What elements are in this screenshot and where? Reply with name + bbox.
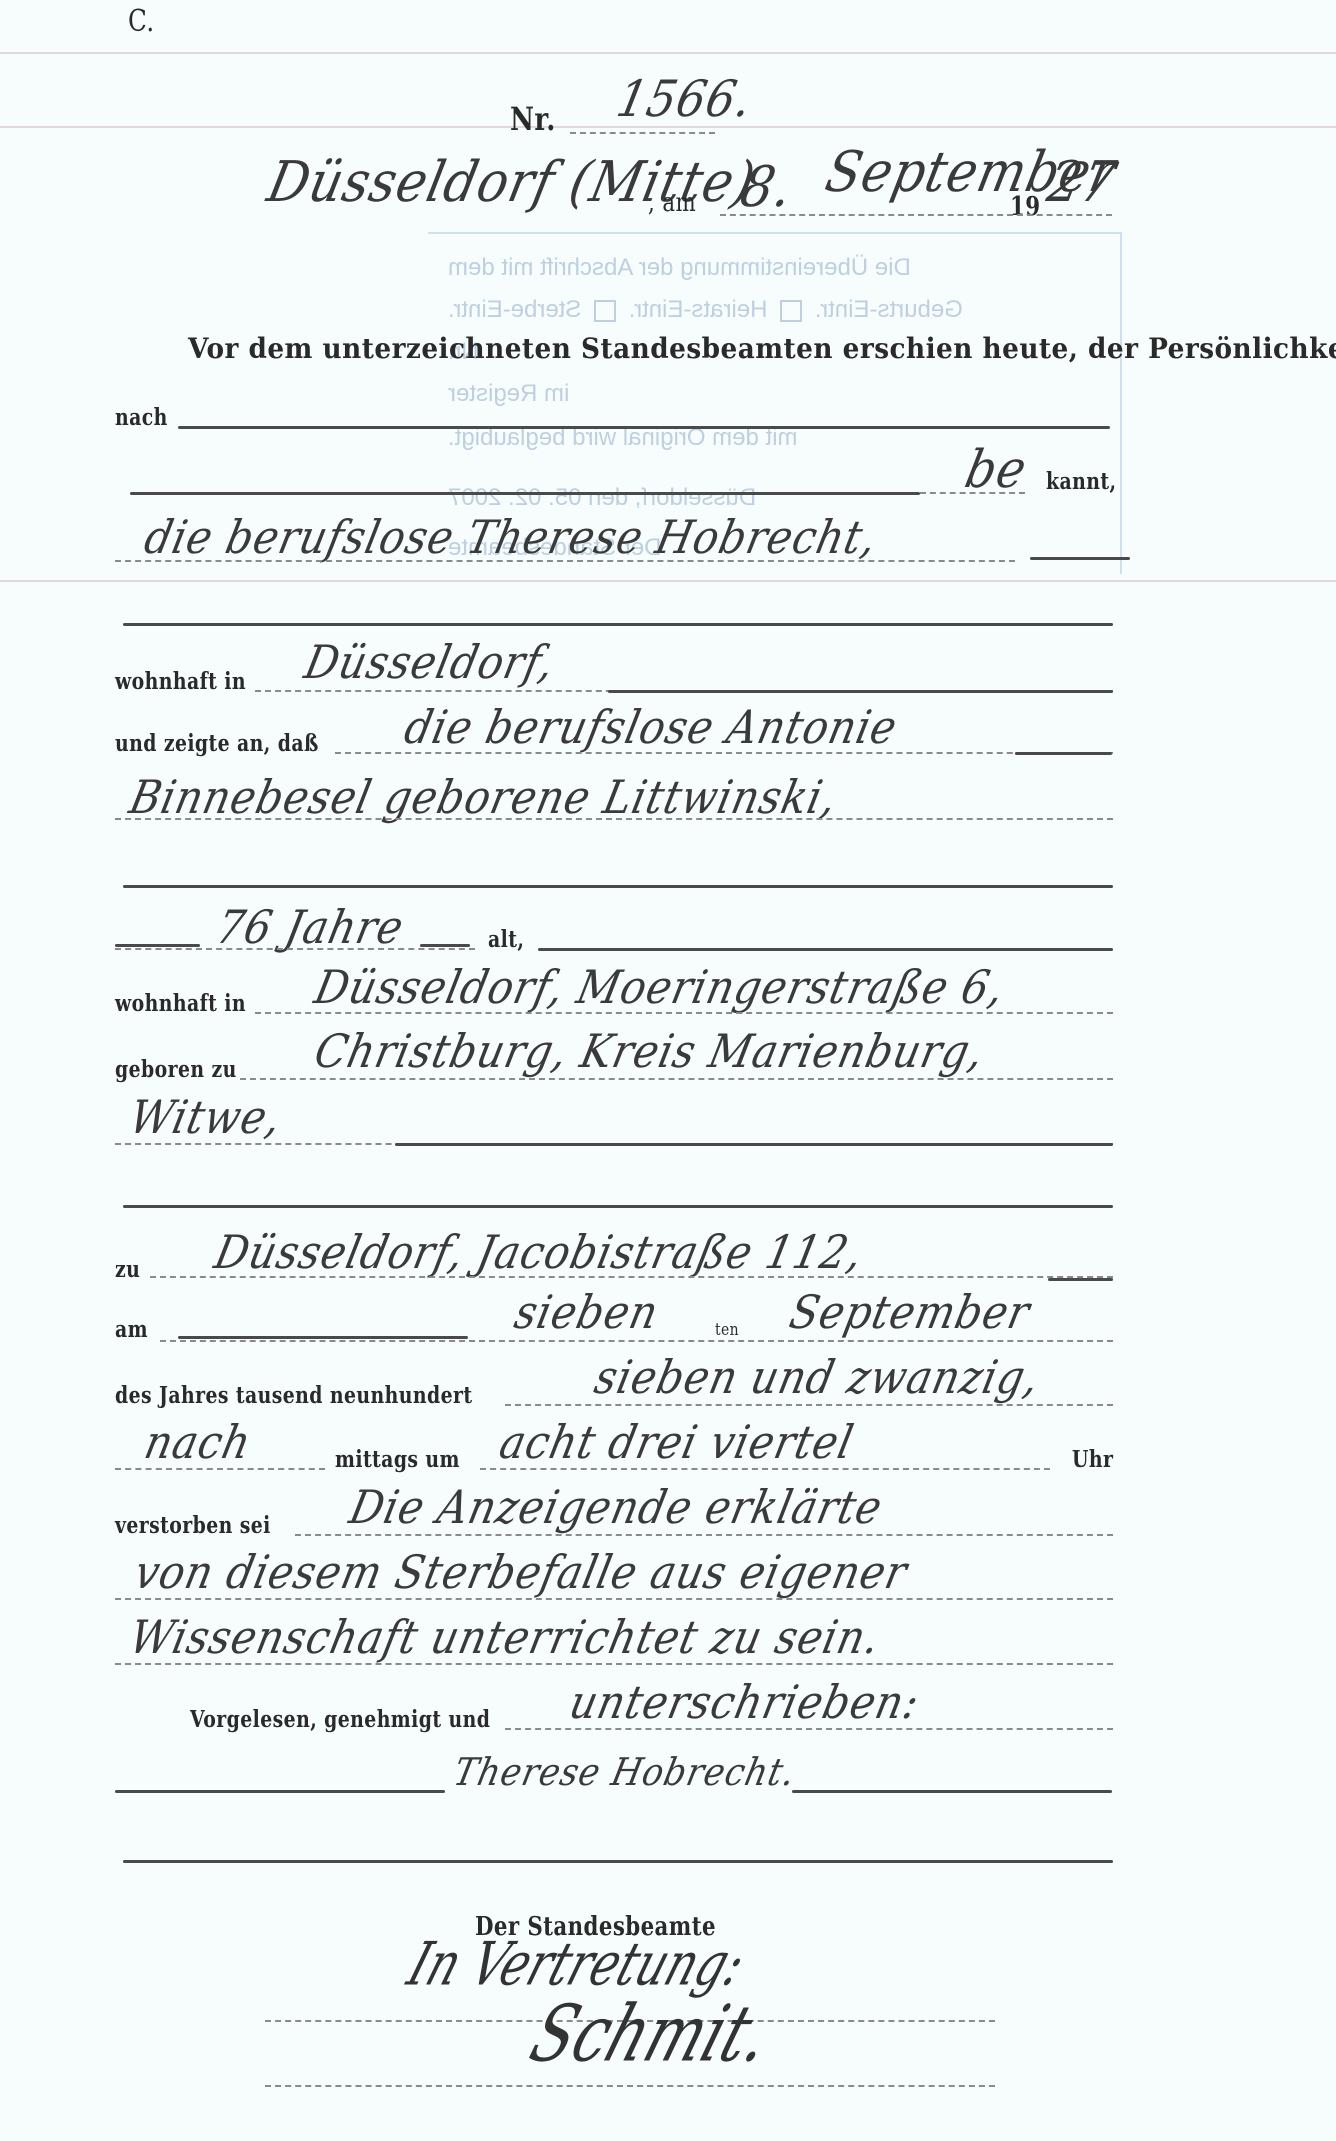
read-approved-label: Vorgelesen, genehmigt und — [190, 1706, 490, 1733]
informant-residence: Düsseldorf, — [300, 635, 560, 689]
strike-line — [178, 426, 1110, 429]
checkbox-icon — [780, 300, 802, 322]
dotted-line — [150, 1276, 1113, 1278]
time-suffix: Uhr — [1072, 1446, 1113, 1473]
paper-fold — [0, 580, 1336, 582]
death-place-label: zu — [115, 1256, 140, 1283]
date-line — [720, 214, 1112, 216]
birth-label: geboren zu — [115, 1056, 237, 1083]
fill-line — [115, 944, 200, 947]
informant-name: die berufslose Therese Hobrecht, — [140, 510, 882, 564]
nach-label: nach — [115, 404, 168, 431]
death-month: September — [785, 1285, 1035, 1339]
death-year-label: des Jahres tausend neunhundert — [115, 1382, 472, 1409]
remark-line2: von diesem Sterbefalle aus eigener — [130, 1545, 913, 1599]
blank-line — [123, 623, 1113, 626]
dotted-line — [115, 560, 1015, 562]
dotted-line — [240, 1078, 1113, 1080]
time-label: mittags um — [335, 1446, 460, 1473]
decedent-residence: Düsseldorf, Moeringerstraße 6, — [310, 960, 1009, 1014]
number-line — [570, 132, 715, 134]
dotted-line — [115, 818, 1113, 820]
stamp-line: Düsseldorf, den 05. 02. 2007 — [448, 484, 756, 512]
blank-line — [123, 885, 1113, 888]
intro-text: Vor dem unterzeichneten Standesbeamten e… — [188, 332, 1336, 365]
death-time: acht drei viertel — [495, 1415, 859, 1469]
fill-line — [608, 690, 1113, 693]
dotted-line — [255, 1012, 1113, 1014]
record-number: 1566. — [612, 70, 758, 128]
blank-line — [123, 1860, 1113, 1863]
death-date-label: am — [115, 1316, 148, 1343]
decedent-name-line1: die berufslose Antonie — [400, 700, 902, 754]
dotted-line — [115, 1598, 1113, 1600]
death-year: sieben und zwanzig, — [590, 1350, 1045, 1404]
age-label: alt, — [488, 926, 524, 953]
remark-line1: Die Anzeigende erklärte — [345, 1480, 887, 1534]
fill-line — [1015, 752, 1112, 755]
dotted-line — [505, 1728, 1113, 1730]
day-suffix: ten — [715, 1320, 739, 1340]
fill-line — [1048, 1278, 1113, 1281]
checkbox-checked-icon — [594, 300, 616, 322]
fill-line — [538, 948, 1113, 951]
fill-line — [1030, 557, 1130, 560]
fill-line — [792, 1790, 1112, 1793]
remark-line3: Wissenschaft unterrichtet zu sein. — [125, 1610, 885, 1664]
paper-fold — [0, 52, 1336, 54]
dotted-line — [480, 1468, 1050, 1470]
decedent-status: Witwe, — [125, 1090, 287, 1144]
deceased-label: verstorben sei — [115, 1512, 271, 1539]
informant-signature: Therese Hobrecht. — [450, 1750, 800, 1794]
stamp-line: Die Übereinstimmung der Abschrift mit de… — [448, 254, 911, 282]
corner-mark: C. — [128, 4, 155, 39]
kannt-label: kannt, — [1046, 468, 1116, 495]
dotted-line — [295, 1534, 1113, 1536]
dotted-line — [160, 1340, 1113, 1342]
year-handwritten: 27 — [1042, 150, 1122, 215]
registrar-signature-line2: Schmit. — [520, 1989, 782, 2080]
stamp-line: Geburts-Eintr. Heirats-Eintr. Sterbe-Ein… — [448, 296, 963, 324]
death-day: sieben — [510, 1285, 664, 1339]
informant-residence-label: wohnhaft in — [115, 668, 246, 695]
dotted-line — [335, 752, 1113, 754]
dotted-line — [505, 1404, 1113, 1406]
date-prefix: , am — [648, 188, 696, 218]
stamp-line: im Register — [448, 380, 569, 408]
dotted-line — [115, 1468, 325, 1470]
fill-line — [178, 1336, 468, 1339]
document-page: Die Übereinstimmung der Abschrift mit de… — [0, 0, 1336, 2141]
year-printed: 19 — [1010, 192, 1040, 222]
time-prefix: nach — [140, 1415, 256, 1469]
death-place: Düsseldorf, Jacobistraße 112, — [210, 1225, 868, 1279]
fill-line — [115, 1790, 445, 1793]
read-approved-hand: unterschrieben: — [565, 1675, 924, 1729]
decedent-name-line2: Binnebesel geborene Littwinski, — [125, 770, 842, 824]
dotted-line — [115, 948, 475, 950]
fill-line — [395, 1143, 1113, 1146]
dotted-line — [920, 492, 1025, 494]
strike-line — [130, 492, 920, 495]
fill-line — [420, 944, 470, 947]
dotted-line — [115, 1663, 1113, 1665]
decedent-residence-label: wohnhaft in — [115, 990, 246, 1017]
announce-label: und zeigte an, daß — [115, 730, 319, 757]
decedent-birthplace: Christburg, Kreis Marienburg, — [310, 1024, 989, 1078]
decedent-age: 76 Jahre — [212, 900, 409, 954]
blank-line — [123, 1205, 1113, 1208]
signature-line — [265, 2085, 995, 2087]
number-label: Nr. — [510, 100, 556, 138]
